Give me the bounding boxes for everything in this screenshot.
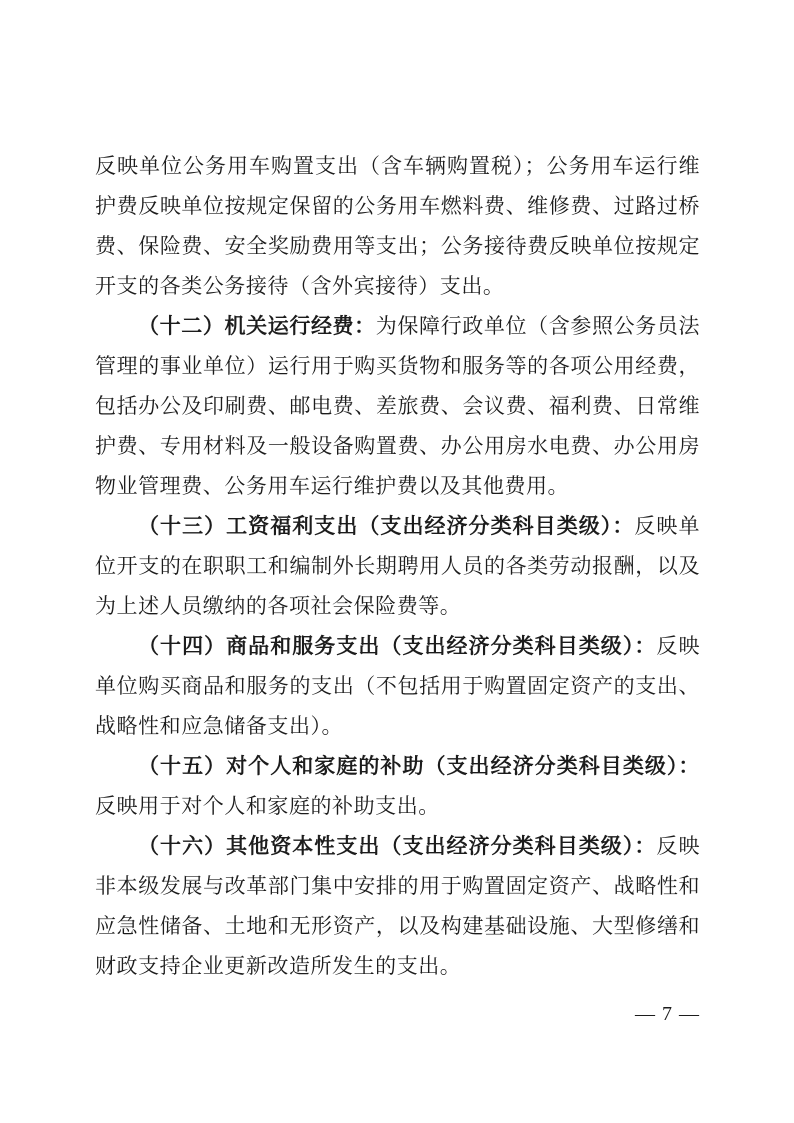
document-page: 反映单位公务用车购置支出（含车辆购置税）；公务用车运行维护费反映单位按规定保留的…	[0, 0, 794, 1123]
paragraph-heading: （十六）其他资本性支出（支出经济分类科目类级）：	[138, 834, 656, 858]
paragraph-heading: （十三）工资福利支出（支出经济分类科目类级）：	[138, 514, 634, 538]
document-paragraph: 反映单位公务用车购置支出（含车辆购置税）；公务用车运行维护费反映单位按规定保留的…	[95, 146, 700, 306]
page-number: — 7 —	[635, 1000, 700, 1028]
document-paragraph: （十二）机关运行经费：为保障行政单位（含参照公务员法管理的事业单位）运行用于购买…	[95, 306, 700, 506]
document-body: 反映单位公务用车购置支出（含车辆购置税）；公务用车运行维护费反映单位按规定保留的…	[95, 146, 700, 986]
document-paragraph: （十三）工资福利支出（支出经济分类科目类级）：反映单位开支的在职职工和编制外长期…	[95, 506, 700, 626]
document-paragraph: （十五）对个人和家庭的补助（支出经济分类科目类级）：反映用于对个人和家庭的补助支…	[95, 746, 700, 826]
paragraph-heading: （十二）机关运行经费：	[138, 314, 376, 338]
document-paragraph: （十四）商品和服务支出（支出经济分类科目类级）：反映单位购买商品和服务的支出（不…	[95, 626, 700, 746]
paragraph-heading: （十四）商品和服务支出（支出经济分类科目类级）：	[138, 634, 656, 658]
document-paragraph: （十六）其他资本性支出（支出经济分类科目类级）：反映非本级发展与改革部门集中安排…	[95, 826, 700, 986]
paragraph-heading: （十五）对个人和家庭的补助（支出经济分类科目类级）：	[138, 754, 700, 778]
paragraph-text: 为保障行政单位（含参照公务员法管理的事业单位）运行用于购买货物和服务等的各项公用…	[95, 314, 700, 498]
paragraph-text: 反映单位公务用车购置支出（含车辆购置税）；公务用车运行维护费反映单位按规定保留的…	[95, 154, 700, 298]
paragraph-text: 反映用于对个人和家庭的补助支出。	[95, 794, 440, 818]
